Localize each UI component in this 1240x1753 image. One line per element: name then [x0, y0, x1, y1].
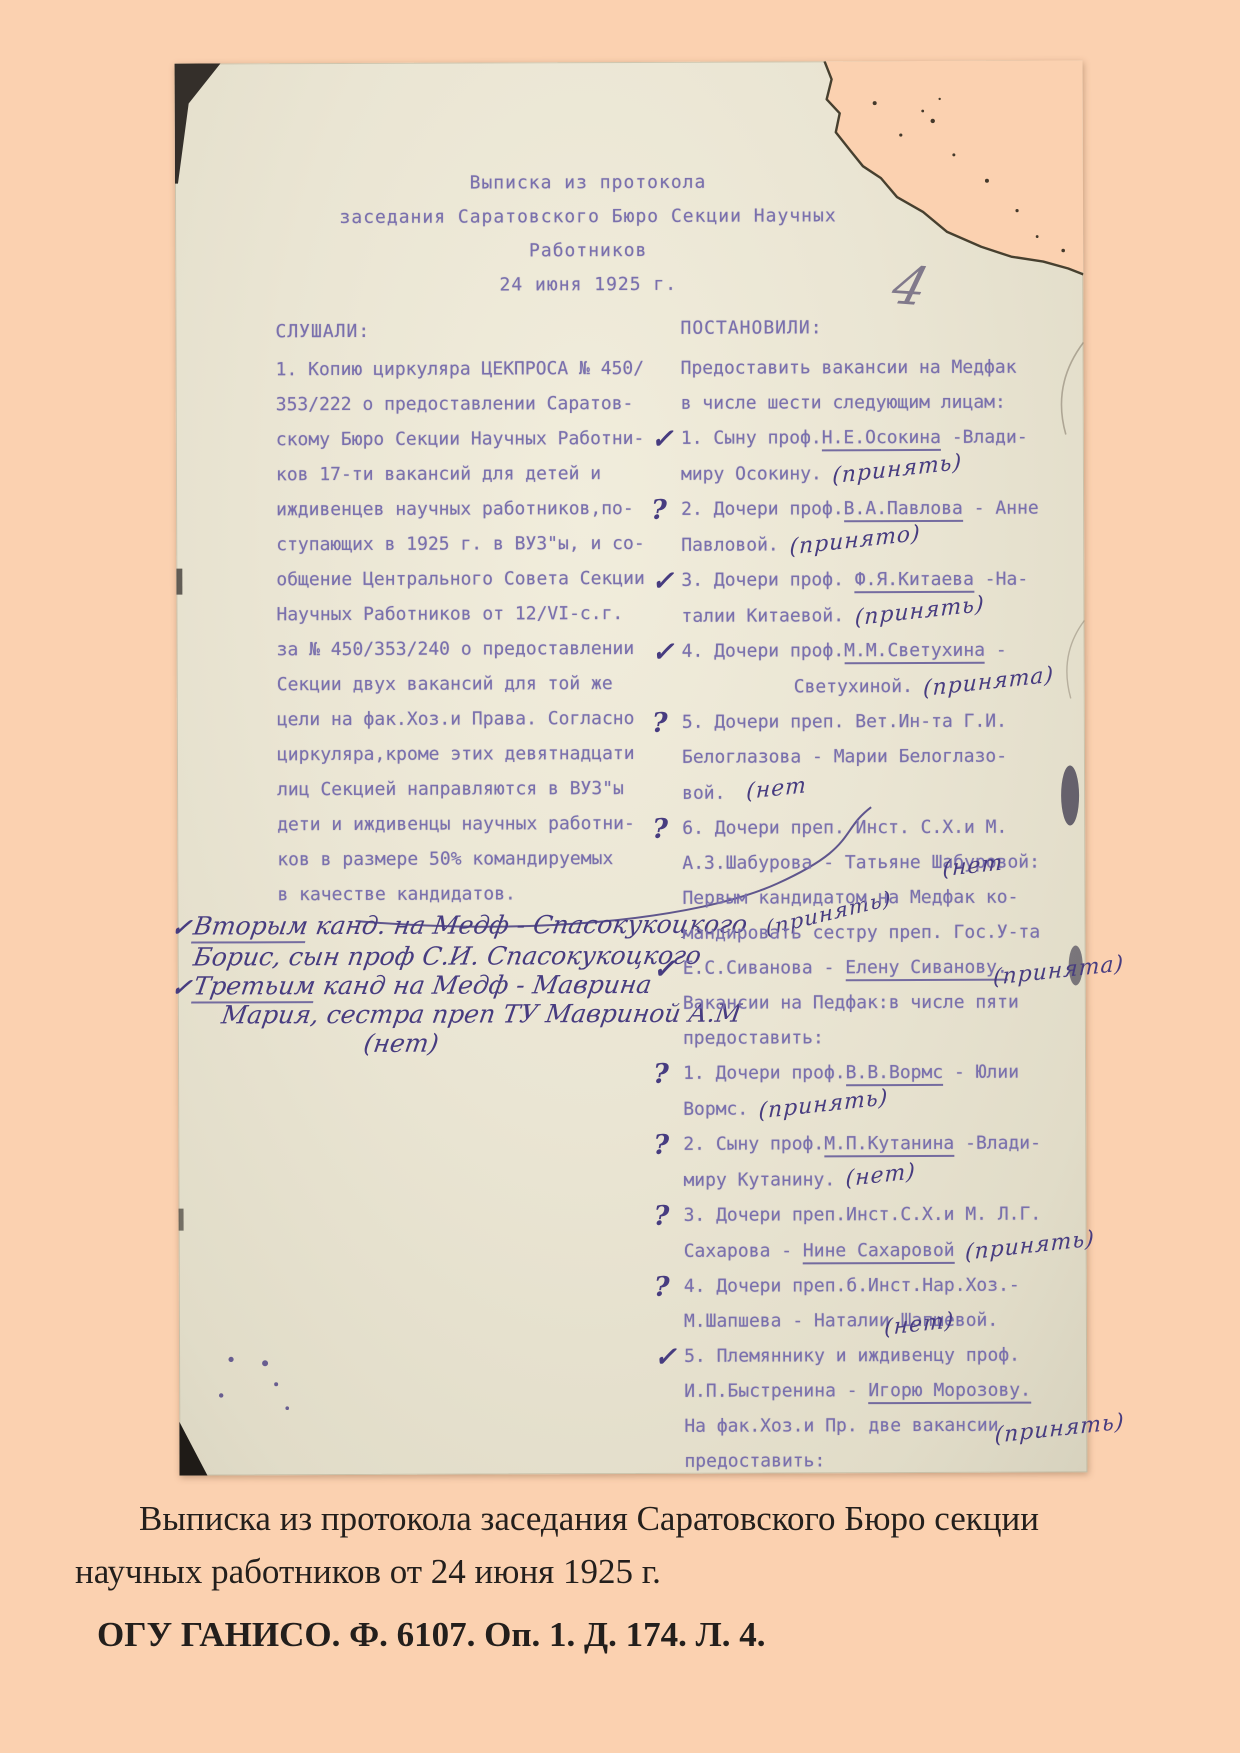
typed-line: Вормс.(принять): [683, 1089, 1079, 1126]
handwritten-annotation: (нет: [943, 864, 1004, 871]
typed-line: Светухиной.(принята): [682, 667, 1078, 704]
typed-line: ✓3. Дочери проф. Ф.Я.Китаева -На-: [681, 561, 1077, 597]
typed-line: иждивенцев научных работников,по-: [276, 491, 648, 527]
typed-line: мандировать сестру преп. Гос.У-та: [683, 914, 1079, 950]
typed-line: скому Бюро Секции Научных Работни-: [276, 421, 648, 457]
typed-line: ?2. Сыну проф.М.П.Кутанина -Влади-: [683, 1125, 1079, 1161]
question-mark: ?: [653, 1128, 669, 1163]
check-mark: ✓: [169, 913, 194, 942]
corner-shadow: [179, 1421, 207, 1475]
resolved-column-header: ПОСТАНОВИЛИ:: [680, 317, 822, 338]
handwritten-annotation: (принята): [993, 964, 1124, 978]
document-title: Выписка из протокола заседания Саратовск…: [288, 165, 888, 303]
check-mark: ✓: [169, 973, 194, 1002]
typed-line: дети и иждивенцы научных работни-: [277, 806, 649, 842]
question-mark: ?: [654, 1199, 670, 1234]
typed-line: лиц Секцией направляются в ВУЗ"ы: [277, 771, 649, 807]
question-mark: ?: [652, 706, 668, 741]
typed-line: ступающих в 1925 г. в ВУЗ"ы, и со-: [276, 526, 648, 562]
typed-line: Вакансии на Педфак:в числе пяти: [683, 984, 1079, 1020]
handwritten-annotation: (нет): [845, 1154, 916, 1197]
check-mark: ✓: [651, 564, 674, 599]
document-title-line1: Выписка из протокола: [288, 165, 888, 201]
caption: Выписка из протокола заседания Саратовск…: [75, 1492, 1185, 1655]
handwritten-annotation: (нет): [884, 1321, 954, 1329]
document-scan-page: Выписка из протокола заседания Саратовск…: [175, 60, 1088, 1475]
typed-line: Сахарова - Нине Сахаровой(принять): [684, 1231, 1080, 1268]
typed-line: Первым кандидатом на Медфак ко-: [682, 879, 1078, 915]
typed-line: Предоставить вакансии на Медфак: [681, 349, 1077, 385]
question-mark: ?: [651, 493, 667, 528]
typed-line: за № 450/353/240 о предоставлении: [277, 631, 649, 667]
question-mark: ?: [654, 1270, 670, 1305]
typed-line: М.Шапшева - Наталии Шапшевой.: [684, 1302, 1080, 1338]
typed-line: миру Осокину.(принять): [681, 454, 1077, 491]
check-mark: ✓: [652, 635, 675, 670]
edge-fleck: [179, 1209, 184, 1231]
typed-line: И.П.Быстренина - Игорю Морозову.: [684, 1372, 1080, 1408]
typed-line: общение Центрального Совета Секции: [276, 561, 648, 597]
screenshot-background: Выписка из протокола заседания Саратовск…: [0, 0, 1240, 1753]
typed-line: Павловой.(принято): [681, 525, 1077, 562]
typed-line: предоставить:: [684, 1442, 1080, 1478]
typed-line: ✓5. Племяннику и иждивенцу проф.: [684, 1337, 1080, 1373]
typed-line: предоставить:: [683, 1019, 1079, 1055]
typed-line: Научных Работников от 12/VI-с.г.: [276, 596, 648, 632]
caption-line2: научных работников от 24 июня 1925 г.: [75, 1545, 1185, 1598]
caption-archive-source: ОГУ ГАНИСО. Ф. 6107. Оп. 1. Д. 174. Л. 4…: [97, 1615, 1185, 1655]
typed-line: ?4. Дочери преп.б.Инст.Нар.Хоз.-: [684, 1267, 1080, 1303]
typed-line: ков 17-ти вакансий для детей и: [276, 456, 648, 492]
typed-line: циркуляра,кроме этих девятнадцати: [277, 736, 649, 772]
typed-line: в числе шести следующим лицам:: [681, 384, 1077, 420]
typed-line: ?6. Дочери преп. Инст. С.Х.и М.: [682, 809, 1078, 845]
typed-line: Секции двух вакансий для той же: [277, 666, 649, 702]
check-mark: ✓: [653, 952, 676, 987]
document-title-line2: заседания Саратовского Бюро Секции Научн…: [288, 199, 888, 269]
resolved-column: Предоставить вакансии на Медфакв числе ш…: [681, 349, 1081, 1478]
document-title-line3: 24 июня 1925 г.: [288, 267, 888, 303]
typed-line: ?3. Дочери преп.Инст.С.Х.и М. Л.Г.: [684, 1196, 1080, 1232]
handwritten-annotation: (принять): [995, 1422, 1125, 1436]
typed-line: ков в размере 50% командируемых: [277, 841, 649, 877]
edge-fleck: [176, 569, 182, 595]
typed-line: 353/222 о предоставлении Саратов-: [276, 386, 648, 422]
ink-dots: [219, 1357, 289, 1411]
check-mark: ✓: [651, 422, 674, 457]
question-mark: ?: [652, 812, 668, 847]
caption-line1: Выписка из протокола заседания Саратовск…: [75, 1492, 1185, 1545]
typed-line: 1. Копию циркуляра ЦЕКПРОСА № 450/: [276, 351, 648, 387]
typed-line: А.З.Шабурова - Татьяне Шабуровой:: [682, 844, 1078, 880]
typed-line: в качестве кандидатов.: [277, 876, 649, 912]
heard-column: 1. Копию циркуляра ЦЕКПРОСА № 450/353/22…: [276, 351, 650, 912]
typed-line: миру Кутанину.(нет): [683, 1160, 1079, 1197]
typed-line: Белоглазова - Марии Белоглазо-: [682, 738, 1078, 774]
typed-line: ✓1. Сыну проф.Н.Е.Осокина -Влади-: [681, 419, 1077, 455]
typed-line: цели на фак.Хоз.и Права. Согласно: [277, 701, 649, 737]
question-mark: ?: [653, 1057, 669, 1092]
handwritten-annotation: (нет: [746, 768, 808, 810]
heard-column-header: СЛУШАЛИ:: [275, 321, 370, 342]
typed-line: вой. (нет: [682, 773, 1078, 810]
handwritten-sheet-number: 4: [885, 256, 934, 318]
typed-line: ?5. Дочери преп. Вет.Ин-та Г.И.: [682, 703, 1078, 739]
check-mark: ✓: [654, 1340, 677, 1375]
edge-sliver: [175, 63, 221, 183]
typed-line: талии Китаевой.(принять): [681, 596, 1077, 633]
paper-speckles: [873, 97, 1065, 253]
